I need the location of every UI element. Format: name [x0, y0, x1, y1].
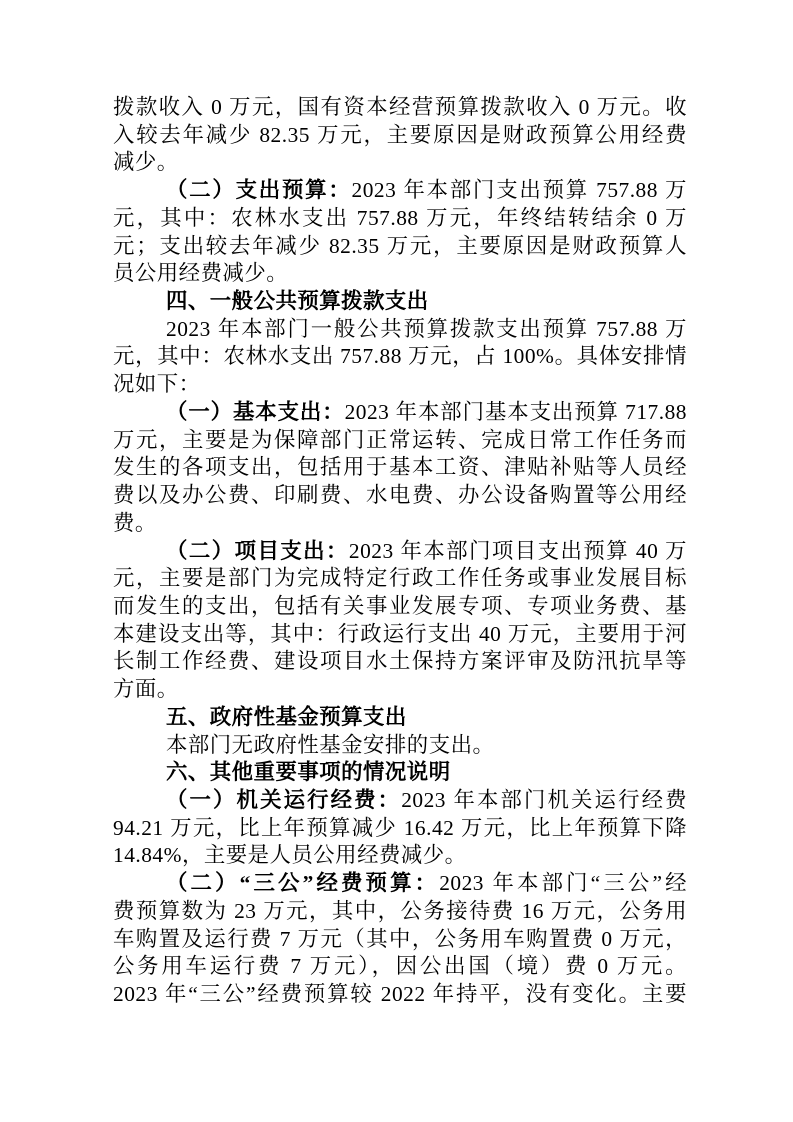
- text-line: 元，主要是部门为完成特定行政工作任务或事业发展目标: [113, 565, 687, 593]
- text-line: （二）项目支出：2023 年本部门项目支出预算 40 万: [113, 538, 687, 566]
- text-line: 元，其中：农林水支出 757.88 万元，占 100%。具体安排情: [113, 343, 687, 371]
- text-line: 94.21 万元，比上年预算减少 16.42 万元，比上年预算下降: [113, 815, 687, 843]
- body-text: 拨款收入 0 万元，国有资本经营预算拨款收入 0 万元。收: [113, 95, 687, 119]
- text-line: 本建设支出等，其中：行政运行支出 40 万元，主要用于河: [113, 621, 687, 649]
- body-text: 2023 年本部门基本支出预算 717.88: [345, 400, 687, 424]
- body-text: 2023 年本部门一般公共预算拨款支出预算 757.88 万: [166, 317, 687, 341]
- body-text: 2023 年“三公”经费预算较 2022 年持平，没有变化。主要: [113, 982, 687, 1006]
- body-text: 况如下：: [113, 372, 201, 396]
- text-line: 公务用车运行费 7 万元），因公出国（境）费 0 万元。: [113, 953, 687, 981]
- text-line: 减少。: [113, 149, 687, 177]
- body-text: 2023 年本部门机关运行经费: [401, 788, 687, 812]
- text-line: 六、其他重要事项的情况说明: [113, 759, 687, 787]
- text-line: 万元，主要是为保障部门正常运转、完成日常工作任务而: [113, 427, 687, 455]
- bold-text: （二）“三公”经费预算：: [166, 871, 439, 895]
- text-line: （一）机关运行经费：2023 年本部门机关运行经费: [113, 787, 687, 815]
- bold-text: （一）基本支出：: [166, 400, 345, 424]
- body-text: 减少。: [113, 150, 179, 174]
- body-text: 长制工作经费、建设项目水土保持方案评审及防汛抗旱等: [113, 649, 687, 673]
- text-line: 2023 年本部门一般公共预算拨款支出预算 757.88 万: [113, 316, 687, 344]
- document-page: 拨款收入 0 万元，国有资本经营预算拨款收入 0 万元。收入较去年减少 82.3…: [0, 0, 793, 1122]
- text-line: 费以及办公费、印刷费、水电费、办公设备购置等公用经: [113, 482, 687, 510]
- text-line: 车购置及运行费 7 万元（其中，公务用车购置费 0 万元，: [113, 926, 687, 954]
- body-text: 费预算数为 23 万元，其中，公务接待费 16 万元，公务用: [113, 899, 687, 923]
- body-text: 14.84%，主要是人员公用经费减少。: [113, 843, 467, 867]
- paragraph: 四、一般公共预算拨款支出: [113, 288, 687, 316]
- body-text: 本建设支出等，其中：行政运行支出 40 万元，主要用于河: [113, 622, 687, 646]
- text-line: 元；支出较去年减少 82.35 万元，主要原因是财政预算人: [113, 233, 687, 261]
- body-text: 2023 年本部门支出预算 757.88 万: [352, 178, 687, 202]
- paragraph: （一）机关运行经费：2023 年本部门机关运行经费94.21 万元，比上年预算减…: [113, 787, 687, 870]
- text-line: 方面。: [113, 676, 687, 704]
- text-line: 况如下：: [113, 371, 687, 399]
- text-line: 费预算数为 23 万元，其中，公务接待费 16 万元，公务用: [113, 898, 687, 926]
- text-line: 本部门无政府性基金安排的支出。: [113, 732, 687, 760]
- body-text: 元，主要是部门为完成特定行政工作任务或事业发展目标: [113, 566, 687, 590]
- bold-text: 五、政府性基金预算支出: [166, 705, 407, 729]
- text-line: 14.84%，主要是人员公用经费减少。: [113, 842, 687, 870]
- paragraph: （二）项目支出：2023 年本部门项目支出预算 40 万元，主要是部门为完成特定…: [113, 538, 687, 704]
- body-text: 而发生的支出，包括有关事业发展专项、专项业务费、基: [113, 594, 687, 618]
- body-text: 2023 年本部门“三公”经: [439, 871, 687, 895]
- text-line: 拨款收入 0 万元，国有资本经营预算拨款收入 0 万元。收: [113, 94, 687, 122]
- body-text: 入较去年减少 82.35 万元，主要原因是财政预算公用经费: [113, 123, 687, 147]
- bold-text: （二）支出预算：: [166, 178, 352, 202]
- body-text: 车购置及运行费 7 万元（其中，公务用车购置费 0 万元，: [113, 927, 687, 951]
- paragraph: （二）支出预算：2023 年本部门支出预算 757.88 万元，其中：农林水支出…: [113, 177, 687, 288]
- bold-text: 六、其他重要事项的情况说明: [166, 760, 451, 784]
- text-line: 长制工作经费、建设项目水土保持方案评审及防汛抗旱等: [113, 648, 687, 676]
- body-text: 员公用经费减少。: [113, 261, 288, 285]
- text-line: 费。: [113, 510, 687, 538]
- body-text: 费。: [113, 511, 157, 535]
- text-line: （一）基本支出：2023 年本部门基本支出预算 717.88: [113, 399, 687, 427]
- paragraph: （二）“三公”经费预算：2023 年本部门“三公”经费预算数为 23 万元，其中…: [113, 870, 687, 1009]
- body-text: 元；支出较去年减少 82.35 万元，主要原因是财政预算人: [113, 234, 687, 258]
- paragraph: 2023 年本部门一般公共预算拨款支出预算 757.88 万元，其中：农林水支出…: [113, 316, 687, 399]
- body-text: 本部门无政府性基金安排的支出。: [166, 733, 494, 757]
- text-line: 发生的各项支出，包括用于基本工资、津贴补贴等人员经: [113, 454, 687, 482]
- text-line: 员公用经费减少。: [113, 260, 687, 288]
- paragraph: 拨款收入 0 万元，国有资本经营预算拨款收入 0 万元。收入较去年减少 82.3…: [113, 94, 687, 177]
- text-line: （二）支出预算：2023 年本部门支出预算 757.88 万: [113, 177, 687, 205]
- body-text: 2023 年本部门项目支出预算 40 万: [349, 539, 687, 563]
- text-line: 四、一般公共预算拨款支出: [113, 288, 687, 316]
- body-text: 费以及办公费、印刷费、水电费、办公设备购置等公用经: [113, 483, 687, 507]
- body-text: 方面。: [113, 677, 179, 701]
- paragraph: （一）基本支出：2023 年本部门基本支出预算 717.88万元，主要是为保障部…: [113, 399, 687, 538]
- bold-text: （二）项目支出：: [166, 539, 349, 563]
- body-text: 94.21 万元，比上年预算减少 16.42 万元，比上年预算下降: [113, 816, 687, 840]
- bold-text: 四、一般公共预算拨款支出: [166, 289, 429, 313]
- document-body: 拨款收入 0 万元，国有资本经营预算拨款收入 0 万元。收入较去年减少 82.3…: [113, 94, 687, 1009]
- text-line: 2023 年“三公”经费预算较 2022 年持平，没有变化。主要: [113, 981, 687, 1009]
- paragraph: 本部门无政府性基金安排的支出。: [113, 732, 687, 760]
- text-line: 而发生的支出，包括有关事业发展专项、专项业务费、基: [113, 593, 687, 621]
- text-line: 五、政府性基金预算支出: [113, 704, 687, 732]
- body-text: 元，其中：农林水支出 757.88 万元，年终结转结余 0 万: [113, 206, 687, 230]
- body-text: 万元，主要是为保障部门正常运转、完成日常工作任务而: [113, 428, 687, 452]
- text-line: 元，其中：农林水支出 757.88 万元，年终结转结余 0 万: [113, 205, 687, 233]
- paragraph: 五、政府性基金预算支出: [113, 704, 687, 732]
- body-text: 公务用车运行费 7 万元），因公出国（境）费 0 万元。: [113, 954, 687, 978]
- text-line: （二）“三公”经费预算：2023 年本部门“三公”经: [113, 870, 687, 898]
- paragraph: 六、其他重要事项的情况说明: [113, 759, 687, 787]
- text-line: 入较去年减少 82.35 万元，主要原因是财政预算公用经费: [113, 122, 687, 150]
- bold-text: （一）机关运行经费：: [166, 788, 401, 812]
- body-text: 发生的各项支出，包括用于基本工资、津贴补贴等人员经: [113, 455, 687, 479]
- body-text: 元，其中：农林水支出 757.88 万元，占 100%。具体安排情: [113, 344, 687, 368]
